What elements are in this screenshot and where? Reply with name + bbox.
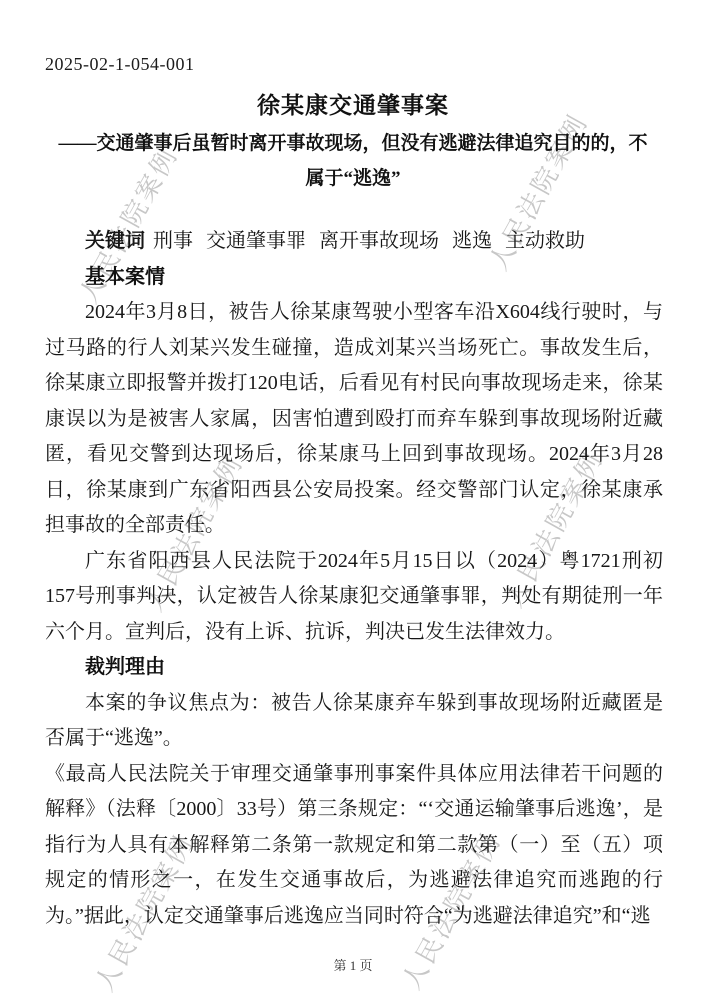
keyword: 逃逸	[452, 230, 492, 252]
section-heading-basic-facts: 基本案情	[45, 260, 663, 296]
case-title: 徐某康交通肇事案	[0, 87, 706, 120]
keywords-label: 关键词	[85, 230, 145, 252]
case-subtitle: ——交通肇事后虽暂时离开事故现场，但没有逃避法律追究目的的，不 属于“逃逸”	[0, 126, 706, 196]
keyword: 交通肇事罪	[206, 230, 306, 252]
keywords-line: 关键词刑事交通肇事罪离开事故现场逃逸主动救助	[45, 224, 663, 260]
document-body: 关键词刑事交通肇事罪离开事故现场逃逸主动救助 基本案情 2024年3月8日，被告…	[45, 224, 663, 934]
court-case-document-page: 人民法院案例 人民法院案例 人民法院案例 人民法院案例 人民法院案例 人民法院案…	[0, 0, 706, 999]
keyword: 离开事故现场	[319, 230, 439, 252]
case-subtitle-line-1: ——交通肇事后虽暂时离开事故现场，但没有逃避法律追究目的的，不	[0, 126, 706, 161]
section-heading-judgment-reasoning: 裁判理由	[45, 650, 663, 686]
paragraph-reasoning-1: 本案的争议焦点为：被告人徐某康弃车躲到事故现场附近藏匿是否属于“逃逸”。	[45, 686, 663, 757]
page-number-footer: 第 1 页	[0, 955, 706, 974]
paragraph-reasoning-2: 《最高人民法院关于审理交通肇事刑事案件具体应用法律若干问题的解释》（法释〔200…	[45, 757, 663, 935]
keyword: 主动救助	[505, 230, 585, 252]
keyword: 刑事	[153, 230, 193, 252]
case-subtitle-line-2: 属于“逃逸”	[0, 161, 706, 196]
paragraph-facts-2: 广东省阳西县人民法院于2024年5月15日以（2024）粤1721刑初157号刑…	[45, 544, 663, 651]
paragraph-facts-1: 2024年3月8日，被告人徐某康驾驶小型客车沿X604线行驶时，与过马路的行人刘…	[45, 295, 663, 544]
case-number: 2025-02-1-054-001	[45, 54, 194, 75]
